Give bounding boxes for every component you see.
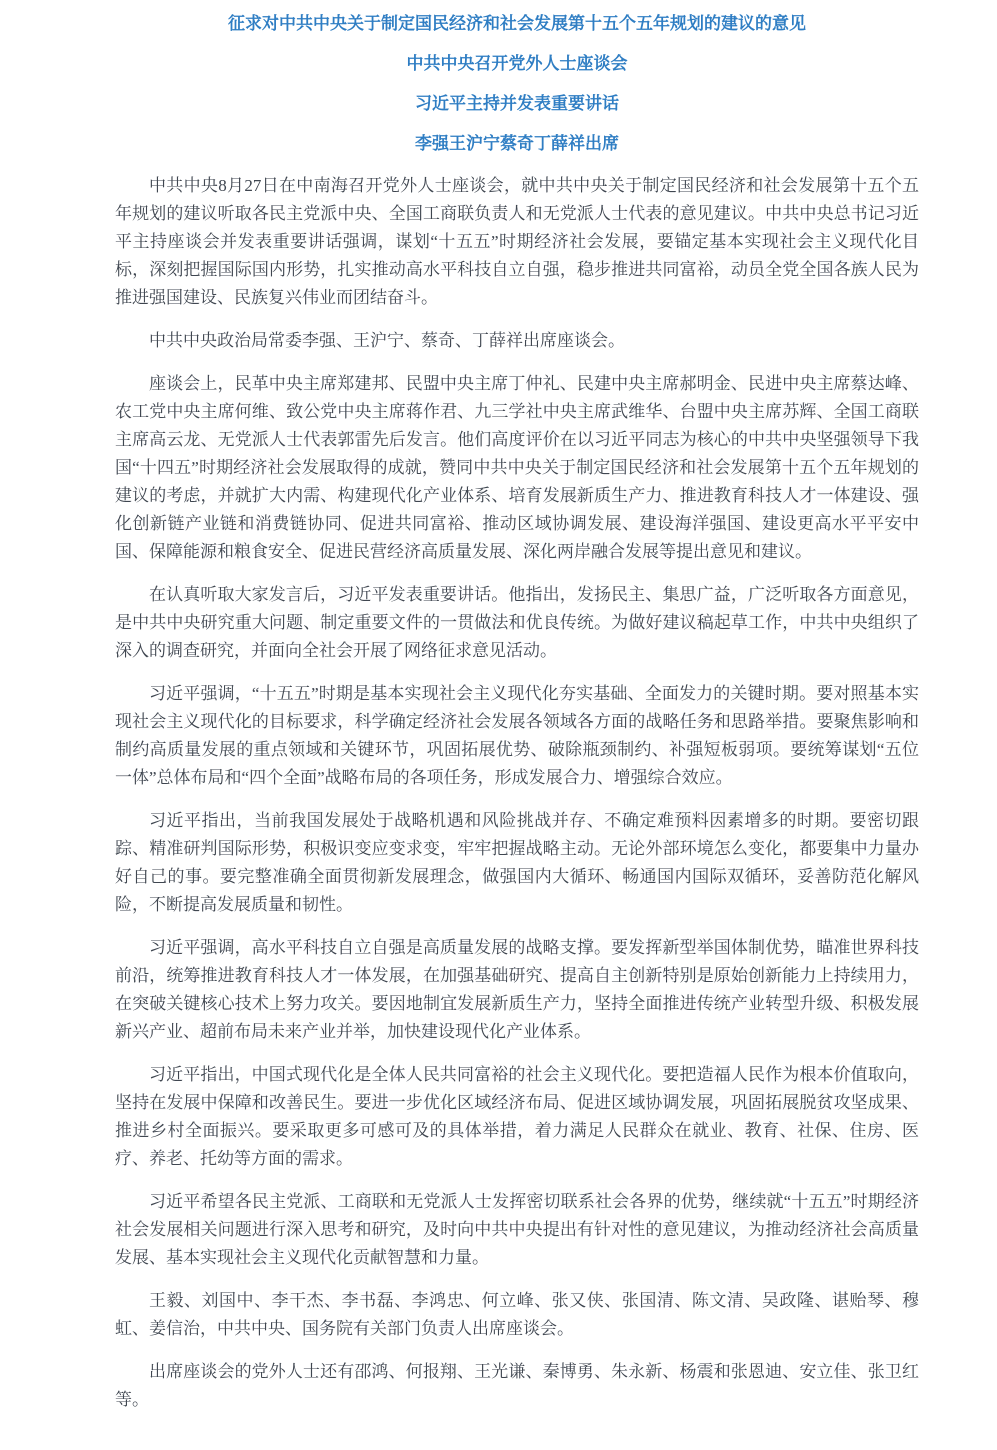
- article-page: 征求对中共中央关于制定国民经济和社会发展第十五个五年规划的建议的意见 中共中央召…: [0, 0, 997, 1450]
- body-paragraph-9: 习近平希望各民主党派、工商联和无党派人士发挥密切联系社会各界的优势，继续就“十五…: [115, 1188, 919, 1272]
- body-paragraph-6: 习近平指出，当前我国发展处于战略机遇和风险挑战并存、不确定难预料因素增多的时期。…: [115, 807, 919, 919]
- subheadline-meeting: 中共中央召开党外人士座谈会: [115, 52, 919, 76]
- article-body: 中共中央8月27日在中南海召开党外人士座谈会，就中共中央关于制定国民经济和社会发…: [115, 172, 919, 1414]
- body-paragraph-7: 习近平强调，高水平科技自立自强是高质量发展的战略支撑。要发挥新型举国体制优势，瞄…: [115, 934, 919, 1046]
- body-paragraph-11: 出席座谈会的党外人士还有邵鸿、何报翔、王光谦、秦博勇、朱永新、杨震和张恩迪、安立…: [115, 1358, 919, 1414]
- headline: 征求对中共中央关于制定国民经济和社会发展第十五个五年规划的建议的意见: [115, 12, 919, 36]
- body-paragraph-10: 王毅、刘国中、李干杰、李书磊、李鸿忠、何立峰、张又侠、张国清、陈文清、吴政隆、谌…: [115, 1287, 919, 1343]
- body-paragraph-5: 习近平强调，“十五五”时期是基本实现社会主义现代化夯实基础、全面发力的关键时期。…: [115, 680, 919, 792]
- body-paragraph-3: 座谈会上，民革中央主席郑建邦、民盟中央主席丁仲礼、民建中央主席郝明金、民进中央主…: [115, 370, 919, 566]
- subheadline-attendees: 李强王沪宁蔡奇丁薛祥出席: [115, 132, 919, 156]
- body-paragraph-2: 中共中央政治局常委李强、王沪宁、蔡奇、丁薛祥出席座谈会。: [115, 327, 919, 355]
- body-paragraph-8: 习近平指出，中国式现代化是全体人民共同富裕的社会主义现代化。要把造福人民作为根本…: [115, 1061, 919, 1173]
- body-paragraph-4: 在认真听取大家发言后，习近平发表重要讲话。他指出，发扬民主、集思广益，广泛听取各…: [115, 581, 919, 665]
- body-paragraph-1: 中共中央8月27日在中南海召开党外人士座谈会，就中共中央关于制定国民经济和社会发…: [115, 172, 919, 312]
- subheadline-speech: 习近平主持并发表重要讲话: [115, 92, 919, 116]
